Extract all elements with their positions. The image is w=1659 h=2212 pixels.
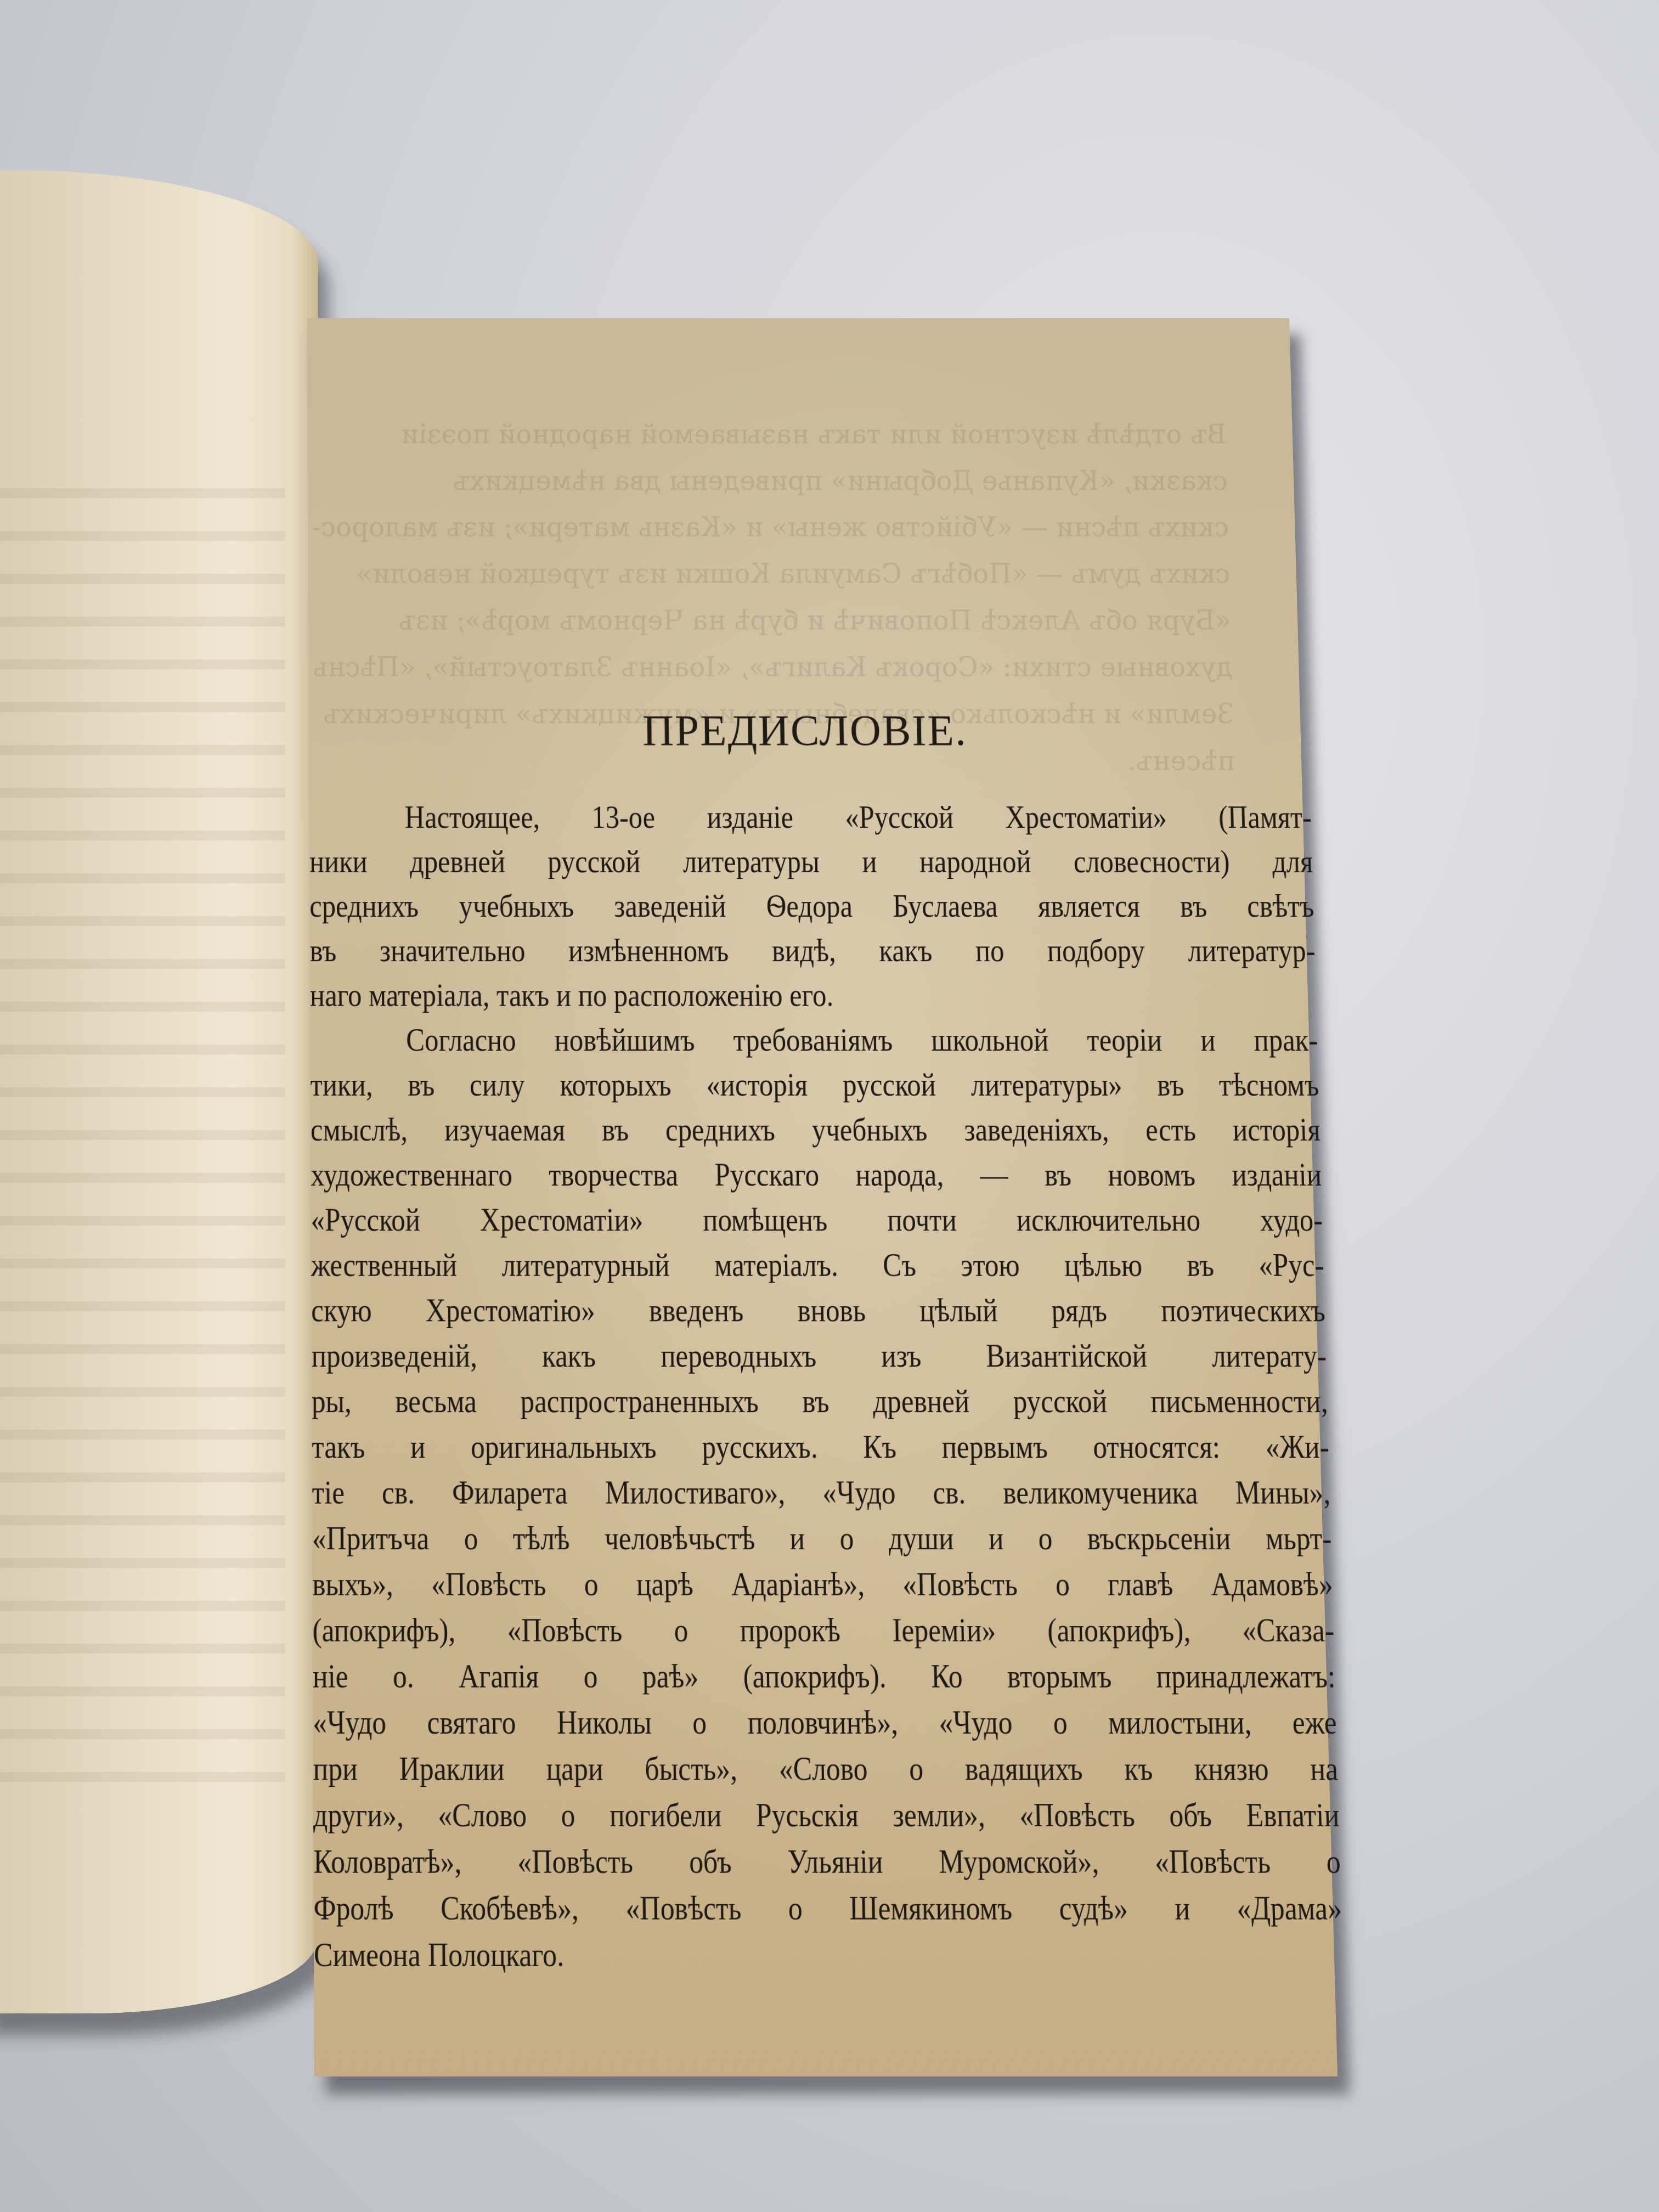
text-line: смыслѣ, изучаемая въ среднихъ учебныхъ з… (311, 1107, 1321, 1152)
text-line: (апокрифъ), «Повѣсть о пророкѣ Іереміи» … (312, 1607, 1335, 1653)
text-line: въ значительно измѣненномъ видѣ, какъ по… (309, 928, 1316, 972)
text-line: тіе св. Филарета Милостиваго», «Чудо св.… (312, 1469, 1331, 1515)
text-line: «Притъча о тѣлѣ человѣчьстѣ и о души и о… (312, 1515, 1333, 1561)
photo-scene: Въ отдѣлѣ изустной или такъ называемой н… (0, 0, 1659, 2212)
text-line: ники древней русской литературы и народн… (309, 839, 1313, 883)
text-line: наго матеріала, такъ и по расположенію е… (310, 973, 1317, 1017)
text-line: выхъ», «Повѣсть о царѣ Адаріанѣ», «Повѣс… (312, 1561, 1334, 1607)
text-line: Согласно новѣйшимъ требованіямъ школьной… (310, 1017, 1318, 1062)
text-line: други», «Слово о погибели Русьскія земли… (313, 1792, 1340, 1838)
text-line: Симеона Полоцкаго. (314, 1931, 1344, 1978)
preface-body: Настоящее, 13-ое изданіе «Русской Хресто… (309, 795, 1346, 1978)
text-line: Фролѣ Скобѣевѣ», «Повѣсть о Шемякиномъ с… (313, 1884, 1342, 1931)
right-page: Въ отдѣлѣ изустной или такъ называемой н… (307, 318, 1338, 2076)
text-line: «Русской Хрестоматіи» помѣщенъ почти иск… (311, 1197, 1323, 1242)
page-title: ПРЕДИСЛОВІЕ. (309, 706, 1301, 756)
text-line: «Чудо святаго Николы о половчинѣ», «Чудо… (313, 1699, 1338, 1745)
text-line: скую Хрестоматію» введенъ вновь цѣлый ря… (311, 1288, 1326, 1333)
page-content: ПРЕДИСЛОВІЕ. Настоящее, 13-ое изданіе «Р… (307, 318, 1338, 2076)
text-line: тики, въ силу которыхъ «исторія русской … (310, 1062, 1319, 1107)
text-line: Настоящее, 13-ое изданіе «Русской Хресто… (309, 795, 1312, 839)
text-line: жественный литературный матеріалъ. Съ эт… (311, 1242, 1325, 1287)
left-page-curled (0, 170, 318, 2013)
text-line: Коловратѣ», «Повѣсть объ Ульяніи Муромск… (313, 1838, 1341, 1884)
text-line: ры, весьма распространенныхъ въ древней … (312, 1378, 1329, 1424)
text-line: художественнаго творчества Русскаго наро… (311, 1152, 1322, 1197)
text-line: ніе о. Агапія о раѣ» (апокрифъ). Ко втор… (313, 1653, 1336, 1699)
text-line: такъ и оригинальныхъ русскихъ. Къ первым… (312, 1424, 1330, 1469)
text-line: произведеній, какъ переводныхъ изъ Визан… (311, 1333, 1327, 1378)
text-line: при Ираклии цари бысть», «Слово о вадящи… (313, 1745, 1339, 1791)
left-page-texture (0, 488, 285, 1805)
text-line: среднихъ учебныхъ заведеній Ѳедора Бусла… (309, 883, 1314, 928)
